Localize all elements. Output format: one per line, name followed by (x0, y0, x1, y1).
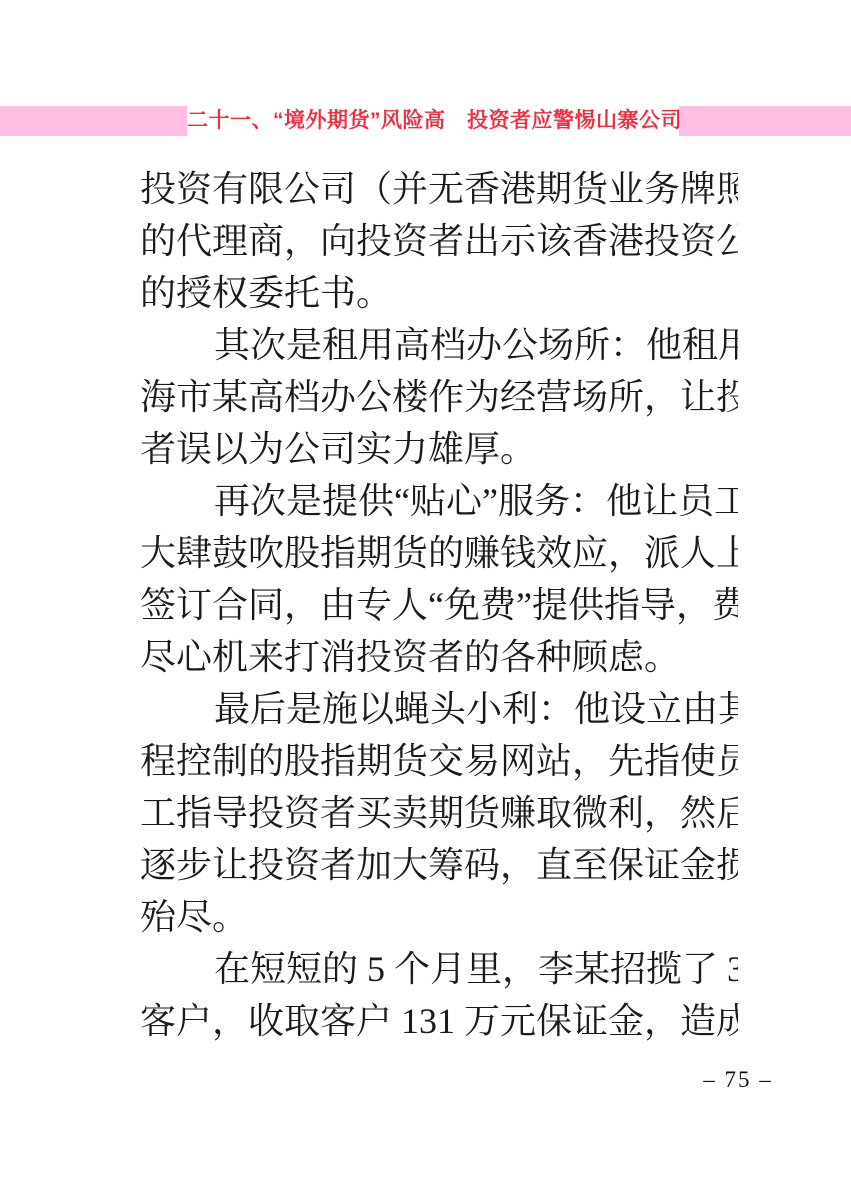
header-band-right-decoration (679, 106, 851, 136)
text-line: 殆尽。 (140, 891, 738, 943)
text-line: 投资有限公司（并无香港期货业务牌照） (140, 163, 738, 215)
text-line: 在短短的 5 个月里，李某招揽了 32 名 (140, 943, 738, 995)
text-line: 的授权委托书。 (140, 267, 738, 319)
text-line: 海市某高档办公楼作为经营场所，让投资 (140, 371, 738, 423)
text-line: 签订合同，由专人“免费”提供指导，费 (140, 579, 738, 631)
text-line: 者误以为公司实力雄厚。 (140, 423, 738, 475)
text-line: 尽心机来打消投资者的各种顾虑。 (140, 631, 738, 683)
text-line: 逐步让投资者加大筹码，直至保证金损失 (140, 839, 738, 891)
page-number: – 75 – (688, 1066, 788, 1094)
text-line: 再次是提供“贴心”服务：他让员工 (140, 475, 738, 527)
text-line: 程控制的股指期货交易网站，先指使员 (140, 735, 738, 787)
text-line: 最后是施以蝇头小利：他设立由其全 (140, 683, 738, 735)
text-line: 工指导投资者买卖期货赚取微利，然后 (140, 787, 738, 839)
header-band-left-decoration (0, 106, 187, 136)
text-line: 其次是租用高档办公场所：他租用上 (140, 319, 738, 371)
body-text: 投资有限公司（并无香港期货业务牌照）的代理商，向投资者出示该香港投资公司的授权委… (140, 163, 738, 1047)
chapter-header: 二十一、“境外期货”风险高 投资者应警惕山寨公司 (0, 106, 851, 136)
book-page: 二十一、“境外期货”风险高 投资者应警惕山寨公司 投资有限公司（并无香港期货业务… (0, 0, 851, 1189)
text-line: 的代理商，向投资者出示该香港投资公司 (140, 215, 738, 267)
text-line: 大肆鼓吹股指期货的赚钱效应，派人上门 (140, 527, 738, 579)
chapter-title: 二十一、“境外期货”风险高 投资者应警惕山寨公司 (187, 106, 679, 136)
text-line: 客户，收取客户 131 万元保证金，造成客 (140, 995, 738, 1047)
